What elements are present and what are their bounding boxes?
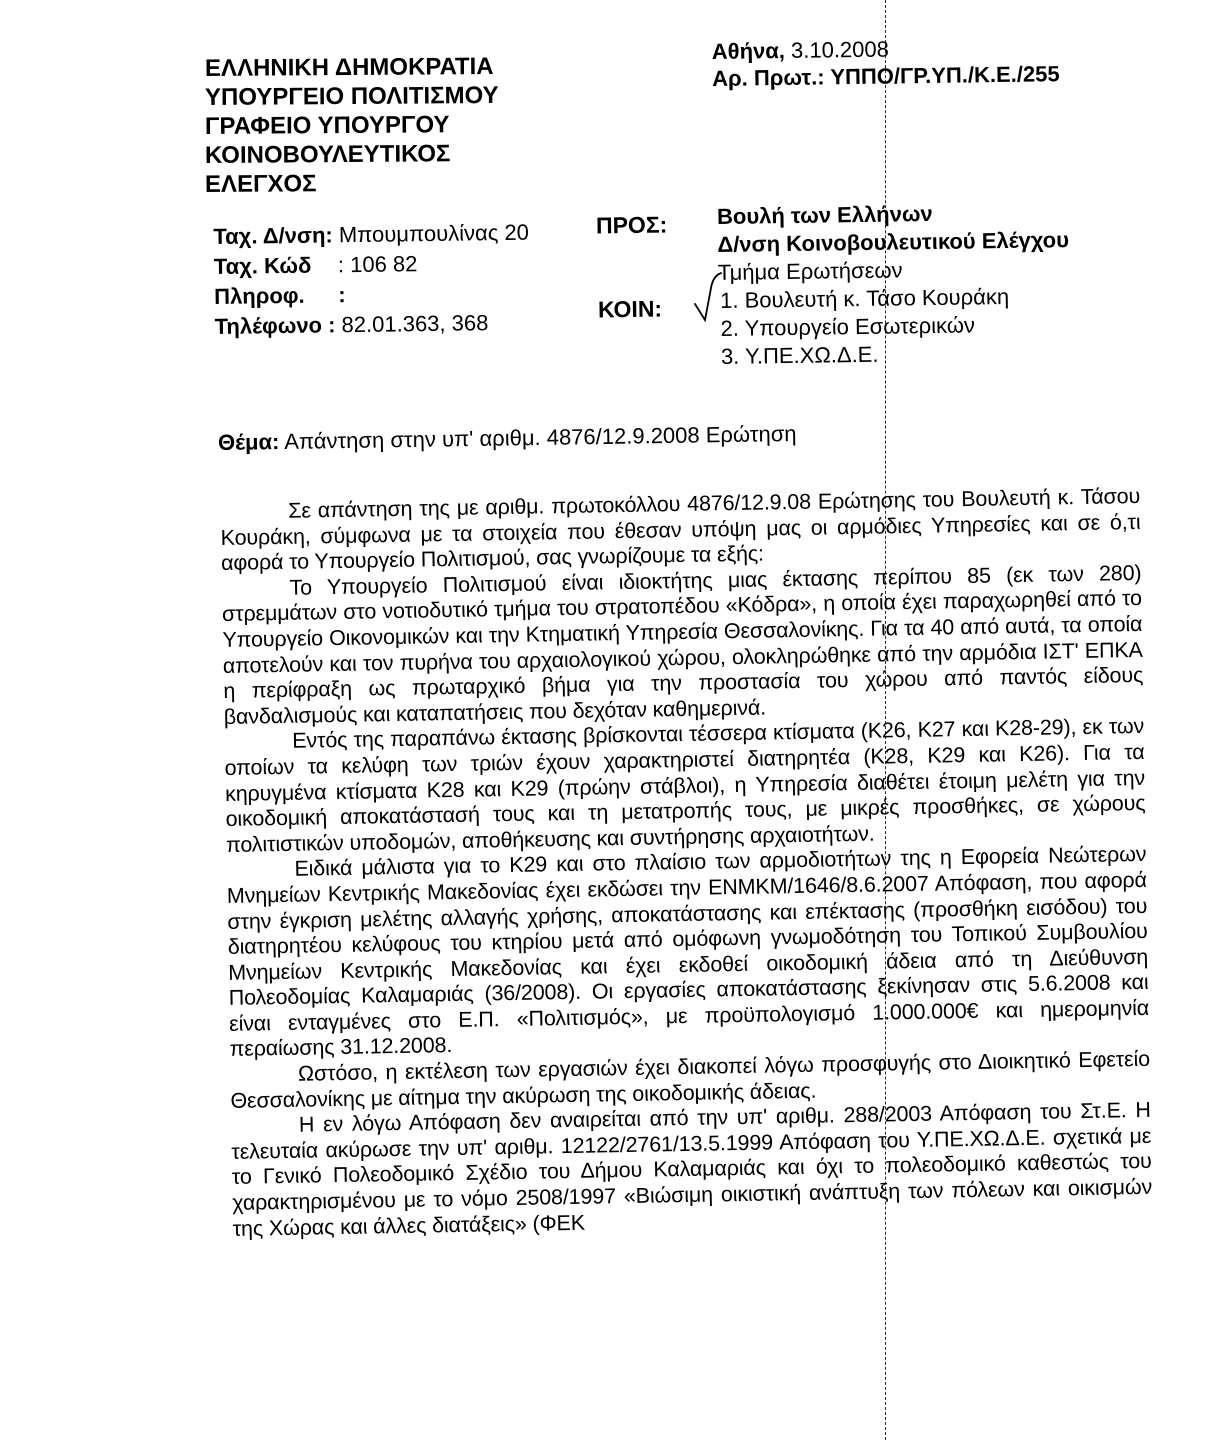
- org-line: ΥΠΟΥΡΓΕΙΟ ΠΟΛΙΤΙΣΜΟΥ: [205, 81, 499, 112]
- info-row: Πληροφ. :: [214, 278, 530, 312]
- address-label: Ταχ. Δ/νση:: [213, 220, 333, 252]
- subject-line: Θέμα: Απάντηση στην υπ' αριθμ. 4876/12.9…: [218, 421, 797, 456]
- org-line: ΚΟΙΝΟΒΟΥΛΕΥΤΙΚΟΣ: [205, 139, 499, 170]
- postcode-label: Ταχ. Κώδ: [214, 250, 332, 282]
- date-protocol-block: Αθήνα, 3.10.2008 Αρ. Πρωτ.: ΥΠΠΟ/ΓΡ.ΥΠ./…: [712, 33, 1060, 92]
- body-paragraph: Το Υπουργείο Πολιτισμού είναι ιδιοκτήτης…: [221, 561, 1144, 731]
- phone-value: 82.01.363, 368: [341, 310, 488, 337]
- body-paragraph: Η εν λόγω Απόφαση δεν αναιρείται από την…: [231, 1098, 1153, 1242]
- address-row: Ταχ. Δ/νση: Μπουμπουλίνας 20: [213, 218, 529, 252]
- subject-label: Θέμα:: [218, 429, 280, 455]
- letter-date: 3.10.2008: [791, 37, 889, 63]
- postcode-value: : 106 82: [338, 251, 418, 277]
- protocol-label: Αρ. Πρωτ.:: [712, 64, 825, 91]
- contact-block: Ταχ. Δ/νση: Μπουμπουλίνας 20 Ταχ. Κώδ : …: [213, 218, 530, 342]
- cc-label: ΚΟΙΝ:: [598, 296, 662, 324]
- protocol-number: ΥΠΠΟ/ΓΡ.ΥΠ./Κ.Ε./255: [830, 61, 1060, 89]
- to-label: ΠΡΟΣ:: [596, 212, 668, 240]
- protocol-line: Αρ. Πρωτ.: ΥΠΠΟ/ΓΡ.ΥΠ./Κ.Ε./255: [712, 60, 1060, 92]
- subject-text: Απάντηση στην υπ' αριθμ. 4876/12.9.2008 …: [284, 421, 797, 454]
- phone-label: Τηλέφωνο :: [214, 310, 335, 342]
- address-value: Μπουμπουλίνας 20: [339, 220, 529, 248]
- org-line: ΕΛΛΗΝΙΚΗ ΔΗΜΟΚΡΑΤΙΑ: [205, 52, 499, 83]
- to-line: Δ/νση Κοινοβουλευτικού Ελέγχου: [717, 226, 1069, 259]
- handwritten-check-icon: [693, 270, 723, 322]
- org-line: ΓΡΑΦΕΙΟ ΥΠΟΥΡΓΟΥ: [205, 110, 499, 141]
- place-label: Αθήνα,: [712, 38, 785, 64]
- organization-header: ΕΛΛΗΝΙΚΗ ΔΗΜΟΚΡΑΤΙΑ ΥΠΟΥΡΓΕΙΟ ΠΟΛΙΤΙΣΜΟΥ…: [205, 54, 499, 199]
- body-paragraph: Ειδικά μάλιστα για το Κ29 και στο πλαίσι…: [226, 842, 1149, 1063]
- recipients-block: Βουλή των Ελλήνων Δ/νση Κοινοβουλευτικού…: [717, 198, 1071, 371]
- cc-line: 3. Υ.ΠΕ.ΧΩ.Δ.Ε.: [719, 338, 1071, 371]
- letter-body: Σε απάντηση της με αριθμ. πρωτοκόλλου 48…: [220, 484, 1153, 1242]
- postcode-row: Ταχ. Κώδ : 106 82: [214, 248, 530, 282]
- org-line: ΕΛΕΓΧΟΣ: [205, 168, 499, 199]
- body-paragraph: Εντός της παραπάνω έκτασης βρίσκονται τέ…: [224, 714, 1146, 858]
- info-label: Πληροφ.: [214, 280, 332, 312]
- info-value: :: [338, 282, 346, 307]
- phone-row: Τηλέφωνο : 82.01.363, 368: [214, 308, 530, 342]
